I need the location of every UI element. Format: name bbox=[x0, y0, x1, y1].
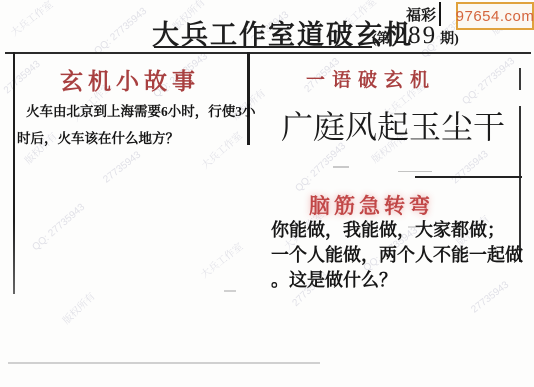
right-border-line-upper bbox=[519, 68, 521, 90]
watermark-text: 版权所有 bbox=[58, 288, 97, 327]
watermark-text: QQ: 27735943 bbox=[460, 56, 517, 107]
watermark-text: 大兵工作室 bbox=[7, 0, 56, 39]
site-watermark-badge: 97654.com bbox=[456, 2, 534, 30]
scan-speck bbox=[224, 290, 236, 292]
watermark-layer: 大兵工作室QQ: 27735943版权所有27735943大兵工作室QQ: 27… bbox=[0, 0, 534, 387]
issue-suffix: 期) bbox=[440, 28, 459, 48]
bottom-faint-rule bbox=[8, 362, 320, 364]
top-rule bbox=[5, 52, 531, 54]
teaser-line: 一个人能做，两个人不能一起做 bbox=[271, 243, 533, 268]
story-line: 时后，火车该在什么地方？ bbox=[17, 125, 251, 152]
teaser-line: 你能做，我能做，大家都做； bbox=[271, 218, 533, 243]
issue-number-value: 289 bbox=[394, 22, 438, 50]
watermark-text: QQ: 27735943 bbox=[30, 202, 87, 253]
watermark-text: 27735943 bbox=[450, 149, 491, 186]
scan-artifact-line bbox=[398, 171, 432, 172]
issue-prefix: (第 bbox=[372, 28, 391, 48]
teaser-section-rule bbox=[415, 176, 522, 178]
mystery-section-heading: 一语破玄机 bbox=[306, 65, 436, 92]
watermark-text: QQ: 27735943 bbox=[92, 6, 149, 57]
story-line: 火车由北京到上海需要6小时，行使3小 bbox=[17, 98, 251, 125]
title-underline bbox=[154, 46, 372, 48]
mystery-phrase: 广庭风起玉尘干 bbox=[281, 102, 505, 148]
watermark-text: 大兵工作室 bbox=[197, 238, 246, 281]
scanned-lottery-tip-sheet: 大兵工作室QQ: 27735943版权所有27735943大兵工作室QQ: 27… bbox=[0, 0, 534, 387]
scan-speck bbox=[333, 166, 349, 168]
teaser-text: 你能做，我能做，大家都做； 一个人能做，两个人不能一起做 。这是做什么？ bbox=[271, 218, 533, 293]
teaser-line: 。这是做什么？ bbox=[271, 268, 533, 293]
story-section-heading: 玄机小故事 bbox=[13, 63, 247, 96]
teaser-section-heading: 脑筋急转弯 bbox=[309, 190, 434, 220]
issue-number: (第 289 期) bbox=[372, 22, 459, 50]
story-text: 火车由北京到上海需要6小时，行使3小 时后，火车该在什么地方？ bbox=[17, 98, 251, 152]
watermark-text: 27735943 bbox=[101, 149, 143, 185]
